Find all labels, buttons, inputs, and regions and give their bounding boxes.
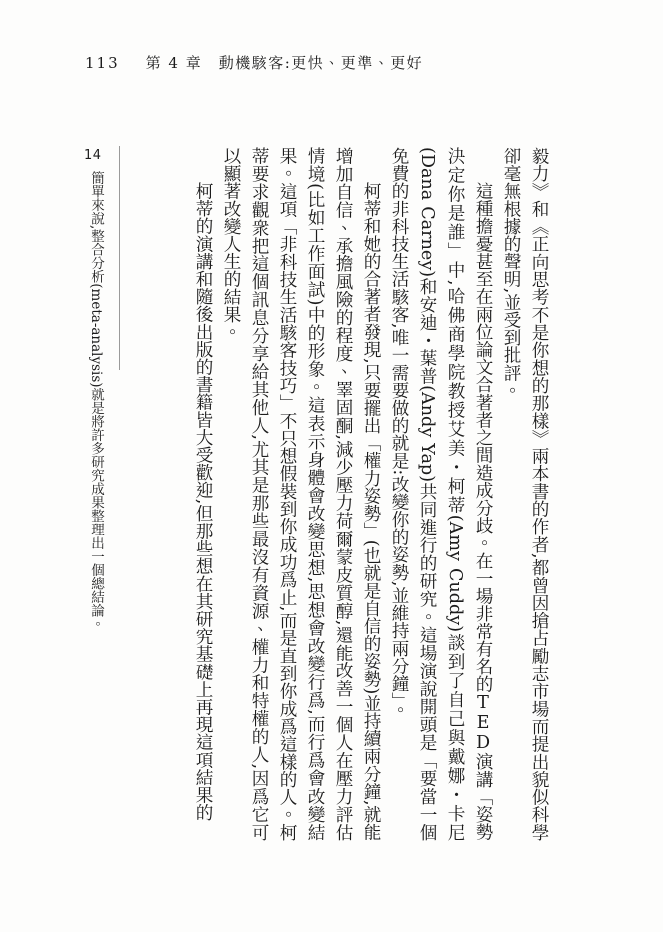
footnote-marker: 14 [84, 148, 102, 164]
running-head: 113第 4 章 動機駭客:更快、更準、更好 [85, 53, 423, 73]
footnote-divider [119, 146, 120, 370]
footnote-text: 簡單來說,整合分析(meta-analysis)就是將許多研究成果整理出一個總結… [85, 171, 106, 821]
paragraph: 毅力》和《正向思考不是你想的那樣》兩本書的作者,都曾因搶占勵志市場而提出貌似科學… [497, 147, 553, 841]
chapter-title: 第 4 章 動機駭客:更快、更準、更好 [146, 53, 424, 73]
paragraph: 這種擔憂甚至在兩位論文合著者之間造成分歧。在一場非常有名的TED演講「姿勢決定你… [385, 147, 497, 841]
paragraph: 柯蒂和她的合著者發現,只要擺出「權力姿勢」(也就是自信的姿勢)並持續兩分鐘,就能… [217, 147, 385, 841]
page-number: 113 [85, 53, 120, 73]
paragraph: 柯蒂的演講和隨後出版的書籍皆大受歡迎,但那些想在其研究基礎上再現這項結果的 [189, 147, 217, 841]
book-page: 113第 4 章 動機駭客:更快、更準、更好 毅力》和《正向思考不是你想的那樣》… [0, 0, 663, 932]
body-text: 毅力》和《正向思考不是你想的那樣》兩本書的作者,都曾因搶占勵志市場而提出貌似科學… [189, 147, 553, 841]
upright-acronym: TED [473, 693, 493, 753]
